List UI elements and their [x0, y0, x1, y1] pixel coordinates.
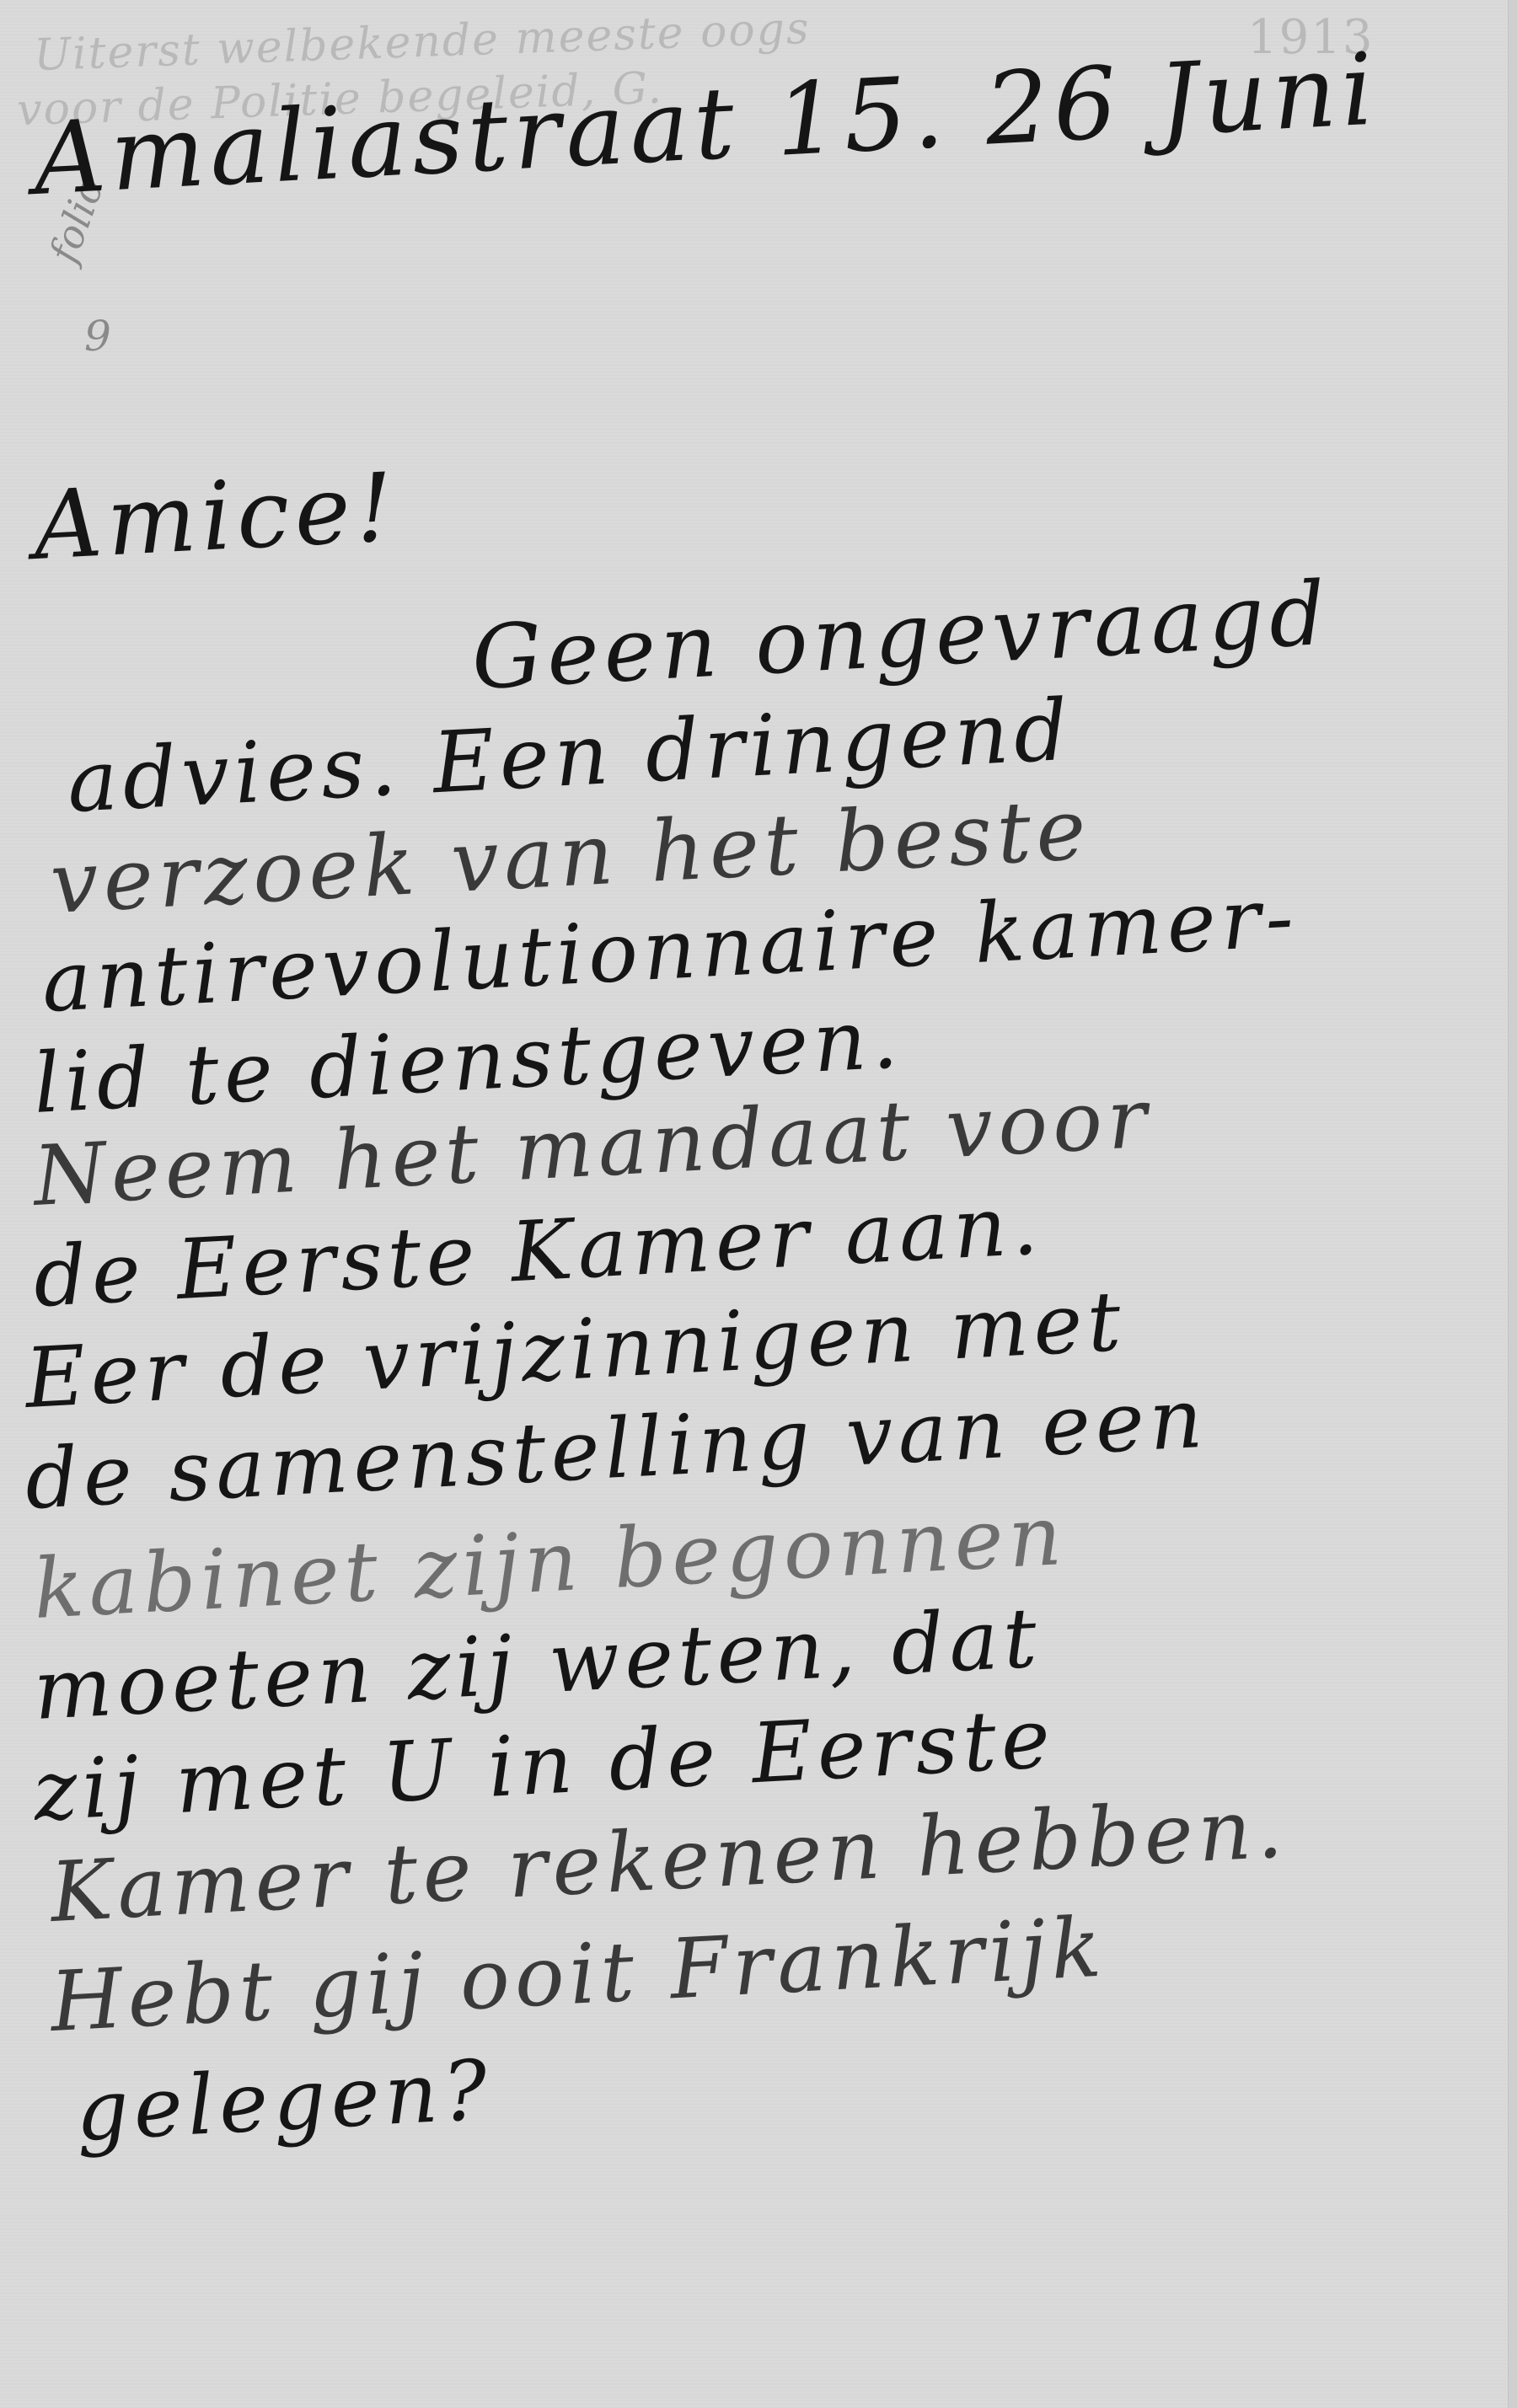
- body-line-15: gelegen?: [73, 2042, 495, 2160]
- letter-page: Uiterst welbekende meeste oogs 1913 voor…: [0, 0, 1517, 2408]
- margin-note-number: 9: [84, 312, 111, 361]
- body-line-1: Geen ongevraagd: [469, 562, 1333, 709]
- salutation: Amice!: [31, 452, 401, 581]
- page-edge: [1508, 0, 1517, 2408]
